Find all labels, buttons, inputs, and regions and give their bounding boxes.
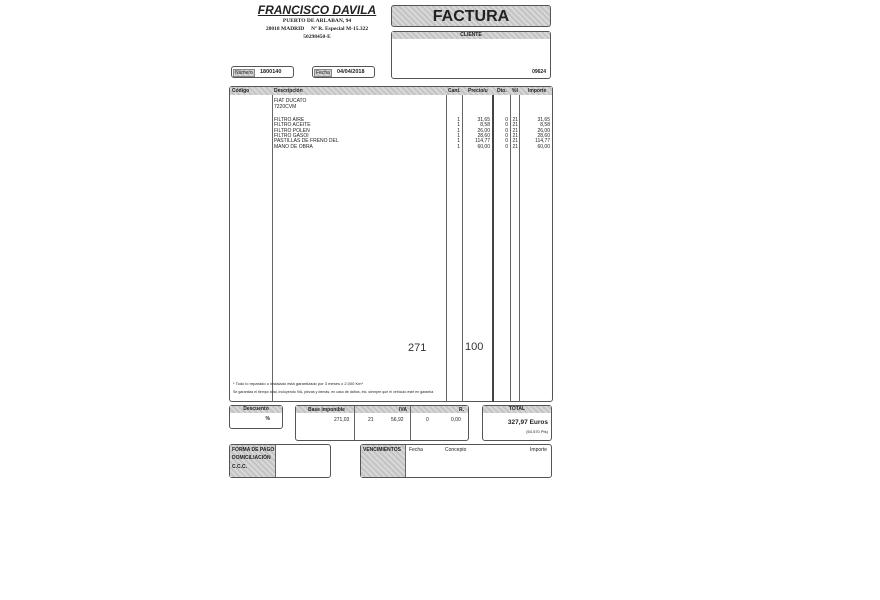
invoice-number-box: Número 1800140: [231, 66, 294, 78]
tax-breakdown-box: Base imponible IVA R. 271,03 21 56,92 0 …: [295, 405, 469, 441]
header-code: Código: [232, 88, 249, 94]
total-label: TOTAL: [483, 406, 551, 413]
invoice-date: 04/04/2018: [337, 69, 365, 75]
issuer-tax-id: 50298450-E: [232, 34, 402, 41]
due-date-label: Fecha: [409, 447, 423, 453]
header-price: Precio/u: [468, 88, 488, 94]
base-value: 271,03: [334, 417, 349, 423]
iva-amount: 56,92: [391, 417, 404, 423]
client-box: CLIENTE 09624: [391, 31, 551, 79]
header-description: Descripción: [274, 88, 303, 94]
re-label: R.: [459, 407, 464, 413]
due-dates-box: VENCIMIENTOS Fecha Concepto Importe: [360, 444, 552, 478]
number-label: Número: [233, 69, 255, 77]
ccc-label: C.C.C.: [232, 464, 247, 470]
header-dto: Dto.: [497, 88, 507, 94]
iva-rate: 21: [368, 417, 374, 423]
payment-method-label: FORMA DE PAGO: [232, 447, 274, 453]
issuer-address-1: PUERTO DE ARLABAN, 94: [232, 18, 402, 25]
re-rate: 0: [426, 417, 429, 423]
table-header: Código Descripción Cant. Precio/u Dto. %…: [230, 87, 552, 95]
due-concept-label: Concepto: [445, 447, 466, 453]
total-value: 327,97 Euros: [508, 419, 548, 426]
column-divider: [492, 95, 494, 402]
iva-label: IVA: [399, 407, 407, 413]
due-amount-label: Importe: [530, 447, 547, 453]
column-divider: [272, 95, 273, 402]
invoice-date-box: Fecha 04/04/2018: [312, 66, 375, 78]
total-pts: (54.570 Pts): [526, 429, 548, 434]
re-amount: 0,00: [451, 417, 461, 423]
line-item-amount: 60,00: [520, 145, 550, 150]
header-amount: Importe: [528, 88, 546, 94]
line-item-qty: 1: [447, 145, 460, 150]
date-label: Fecha: [314, 69, 332, 77]
issuer-name: FRANCISCO DAVILA: [232, 3, 402, 17]
line-item-description: MANO DE OBRA: [274, 145, 313, 150]
vehicle-plate: 7220CVM: [274, 105, 296, 110]
annotation-left: 271: [408, 342, 426, 354]
payment-box: FORMA DE PAGO DOMICILIACIÓN C.C.C.: [229, 444, 331, 478]
issuer-address-2: 28018 MADRID Nº R. Especial M-15.322: [232, 26, 402, 33]
document-title: FACTURA: [391, 5, 551, 27]
due-label: VENCIMIENTOS: [363, 447, 401, 453]
client-ref: 09624: [532, 69, 546, 75]
invoice-number: 1800140: [260, 69, 281, 75]
domiciliation-label: DOMICILIACIÓN: [232, 455, 271, 461]
legal-note: Se garantiza el tiempo total, incluyendo…: [233, 390, 433, 395]
header-qty: Cant.: [448, 88, 461, 94]
client-label: CLIENTE: [392, 32, 550, 39]
annotation-right: 100: [465, 341, 483, 353]
warranty-note: * Todo lo reparado o instalado está gara…: [233, 381, 363, 386]
line-item-vat: 21: [511, 145, 518, 150]
discount-label: Descuento: [230, 406, 282, 413]
total-box: TOTAL 327,97 Euros (54.570 Pts): [482, 405, 552, 441]
discount-box: Descuento %: [229, 405, 283, 429]
base-label: Base imponible: [308, 407, 345, 413]
header-vat: %I: [512, 88, 518, 94]
line-item-dto: 0: [500, 145, 508, 150]
discount-value: %: [266, 416, 270, 422]
line-item-price: 60,00: [463, 145, 490, 150]
